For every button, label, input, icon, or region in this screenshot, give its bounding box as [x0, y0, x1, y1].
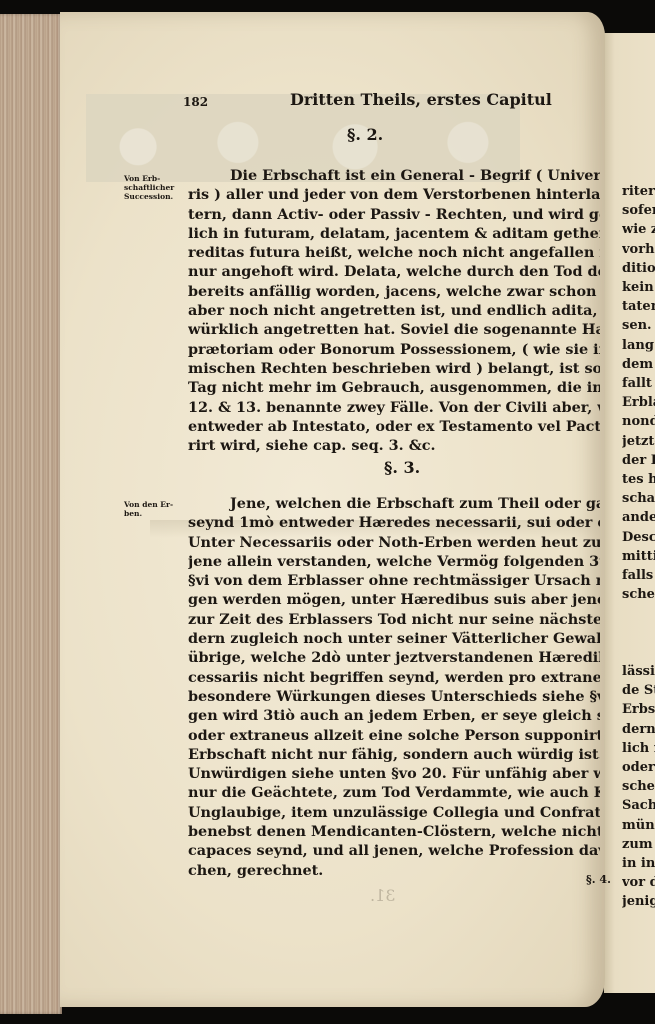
catchword: §. 4.	[586, 873, 611, 886]
margin-note-line: schaftlicher	[124, 183, 182, 192]
text-line: dern zugleich noch unter seiner Vätterli…	[188, 629, 600, 648]
text-line: Erbschaft nicht nur fähig, sondern auch …	[188, 745, 600, 764]
facing-page-text: riter sofern wie z. vorha dition kein n …	[622, 182, 655, 912]
text-line: Unglaubige, item unzulässige Collegia un…	[188, 803, 600, 822]
facing-line: der H	[622, 451, 655, 470]
text-line: nur die Geächtete, zum Tod Verdammte, wi…	[188, 783, 600, 802]
facing-line: in inte	[622, 854, 655, 873]
facing-line: Erbsch	[622, 700, 655, 719]
facing-line: fallt	[622, 374, 655, 393]
running-title: Dritten Theils, erstes Capitul	[290, 90, 552, 109]
margin-note-line: Von den Er-	[124, 500, 182, 509]
facing-line: münde	[622, 816, 655, 835]
text-line: entweder ab Intestato, oder ex Testament…	[188, 417, 600, 436]
text-line: §vi von dem Erblasser ohne rechtmässiger…	[188, 571, 600, 590]
text-line: würklich angetretten hat. Soviel die sog…	[188, 320, 600, 339]
page-stack-edge	[0, 14, 62, 1014]
margin-note-line: Von Erb-	[124, 174, 182, 183]
facing-line: dition	[622, 259, 655, 278]
text-line: tern, dann Activ- oder Passiv - Rechten,…	[188, 205, 600, 224]
facing-line: sen.	[622, 316, 655, 335]
text-line: übrige, welche 2dò unter jeztverstandene…	[188, 648, 600, 667]
text-line: seynd 1mò entweder Hæredes necessarii, s…	[188, 513, 600, 532]
page-number: 182	[183, 95, 208, 109]
facing-line: Sache	[622, 796, 655, 815]
text-line: benebst denen Mendicanten-Clöstern, welc…	[188, 822, 600, 841]
facing-line: lich m	[622, 739, 655, 758]
book-scan: 182 Dritten Theils, erstes Capitul §. 2.…	[0, 0, 655, 1024]
text-line: lich in futuram, delatam, jacentem & adi…	[188, 224, 600, 243]
section-mark-3: §. 3.	[384, 458, 420, 477]
facing-line: de St	[622, 681, 655, 700]
text-line: Jene, welchen die Erbschaft zum Theil od…	[188, 494, 600, 513]
facing-line: kein n	[622, 278, 655, 297]
facing-line: dem V	[622, 355, 655, 374]
text-line: Tag nicht mehr im Gebrauch, ausgenommen,…	[188, 378, 600, 397]
facing-line: falls	[622, 566, 655, 585]
facing-line: mittir	[622, 547, 655, 566]
margin-note-line: ben.	[124, 509, 182, 518]
facing-line: riter	[622, 182, 655, 201]
section-2-body: Die Erbschaft ist ein General - Begrif (…	[188, 166, 600, 455]
facing-line: andere	[622, 508, 655, 527]
section-3-body: Jene, welchen die Erbschaft zum Theil od…	[188, 494, 600, 880]
facing-line: Desce	[622, 528, 655, 547]
text-line: mischen Rechten beschrieben wird ) belan…	[188, 359, 600, 378]
margin-note-heirs: Von den Er- ben.	[124, 500, 182, 518]
facing-line: oder d	[622, 758, 655, 777]
text-line: cessariis nicht begriffen seynd, werden …	[188, 668, 600, 687]
margin-note-line: Succession.	[124, 192, 182, 201]
facing-line: wie z.	[622, 220, 655, 239]
text-line: nur angehoft wird. Delata, welche durch …	[188, 262, 600, 281]
facing-line: sofern	[622, 201, 655, 220]
bleed-through-text: 31.	[370, 886, 395, 905]
text-line: capaces seynd, und all jenen, welche Pro…	[188, 841, 600, 860]
text-line: bereits anfällig worden, jacens, welche …	[188, 282, 600, 301]
facing-line	[622, 604, 655, 623]
text-line: 12. & 13. benannte zwey Fälle. Von der C…	[188, 398, 600, 417]
facing-line: scheher	[622, 777, 655, 796]
text-line: besondere Würkungen dieses Unterschieds …	[188, 687, 600, 706]
text-line: aber noch nicht angetretten ist, und end…	[188, 301, 600, 320]
facing-line: jenige	[622, 892, 655, 911]
facing-line: zum S	[622, 835, 655, 854]
facing-line: vorha	[622, 240, 655, 259]
text-line: rirt wird, siehe cap. seq. 3. &c.	[188, 436, 600, 455]
text-line: chen, gerechnet.	[188, 861, 600, 880]
facing-line: jetztge	[622, 432, 655, 451]
facing-line: nondu	[622, 412, 655, 431]
facing-line	[622, 643, 655, 662]
facing-line: schaft	[622, 489, 655, 508]
facing-line: taten	[622, 297, 655, 316]
margin-note-succession: Von Erb- schaftlicher Succession.	[124, 174, 182, 201]
text-line: zur Zeit des Erblassers Tod nicht nur se…	[188, 610, 600, 629]
text-line: Unwürdigen siehe unten §vo 20. Für unfäh…	[188, 764, 600, 783]
facing-line: dern a	[622, 720, 655, 739]
text-line: Unter Necessariis oder Noth-Erben werden…	[188, 533, 600, 552]
text-line: prætoriam oder Bonorum Possessionem, ( w…	[188, 340, 600, 359]
facing-line: tes hi	[622, 470, 655, 489]
facing-line: vor de	[622, 873, 655, 892]
facing-line: Erbla	[622, 393, 655, 412]
facing-line: lässige	[622, 662, 655, 681]
facing-line: lang	[622, 336, 655, 355]
text-line: gen werden mögen, unter Hæredibus suis a…	[188, 590, 600, 609]
facing-line	[622, 624, 655, 643]
text-line: reditas futura heißt, welche noch nicht …	[188, 243, 600, 262]
text-line: jene allein verstanden, welche Vermög fo…	[188, 552, 600, 571]
facing-line: scheher	[622, 585, 655, 604]
section-mark-2: §. 2.	[347, 125, 383, 144]
text-line: oder extraneus allzeit eine solche Perso…	[188, 726, 600, 745]
text-line: Die Erbschaft ist ein General - Begrif (…	[188, 166, 600, 185]
text-line: ris ) aller und jeder von dem Verstorben…	[188, 185, 600, 204]
text-line: gen wird 3tiò auch an jedem Erben, er se…	[188, 706, 600, 725]
